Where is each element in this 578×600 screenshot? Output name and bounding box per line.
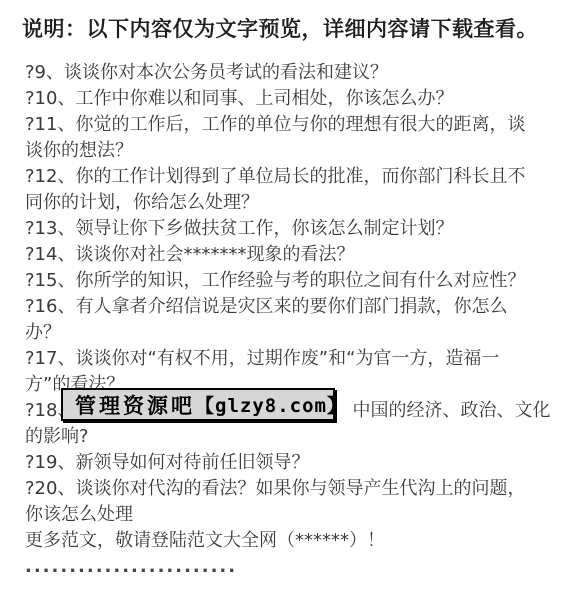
dots-line: ........................ xyxy=(25,554,565,580)
question-16-line1: ?16、有人拿者介绍信说是灾区来的要你们部门捐款，你怎么 xyxy=(25,294,565,320)
preview-notice: 说明：以下内容仅为文字预览，详细内容请下载查看。 xyxy=(22,13,538,43)
question-20-line2: 你该怎么处理 xyxy=(25,502,565,528)
question-14: ?14、谈谈你对社会*******现象的看法？ xyxy=(25,242,565,268)
question-18-line2: 的影响? xyxy=(25,424,565,450)
footer-note: 更多范文，敬请登陆范文大全网（******）！ xyxy=(25,528,565,554)
question-20-line1: ?20、谈谈你对代沟的看法？如果你与领导产生代沟上的问题， xyxy=(25,476,565,502)
question-9: ?9、谈谈你对本次公务员考试的看法和建议？ xyxy=(25,60,565,86)
question-12-line1: ?12、你的工作计划得到了单位局长的批准，而你部门科长且不 xyxy=(25,164,565,190)
question-15: ?15、你所学的知识，工作经验与考的职位之间有什么对应性？ xyxy=(25,268,565,294)
question-10: ?10、工作中你难以和同事、上司相处，你该怎么办？ xyxy=(25,86,565,112)
watermark-site-title: 管理资源吧 xyxy=(75,390,195,420)
question-16-line2: 办？ xyxy=(25,320,565,346)
question-18-line1-suffix: 中国的经济、政治、文化 xyxy=(352,400,550,421)
question-12-line2: 同你的计划，你给怎么处理？ xyxy=(25,190,565,216)
question-13: ?13、领导让你下乡做扶贫工作，你该怎么制定计划？ xyxy=(25,216,565,242)
document-preview-page: 说明：以下内容仅为文字预览，详细内容请下载查看。 ?9、谈谈你对本次公务员考试的… xyxy=(0,0,578,600)
question-list: ?9、谈谈你对本次公务员考试的看法和建议？?10、工作中你难以和同事、上司相处，… xyxy=(25,60,565,580)
question-11-line1: ?11、你觉的工作后，工作的单位与你的理想有很大的距离，谈 xyxy=(25,112,565,138)
question-19: ?19、新领导如何对待前任旧领导？ xyxy=(25,450,565,476)
question-11-line2: 谈你的想法？ xyxy=(25,138,565,164)
watermark-badge: 管理资源吧 【glzy8.com】 xyxy=(61,388,335,421)
watermark-site-url: 【glzy8.com】 xyxy=(195,391,347,418)
question-17-line1: ?17、谈谈你对“有权不用，过期作废”和“为官一方，造福一 xyxy=(25,346,565,372)
